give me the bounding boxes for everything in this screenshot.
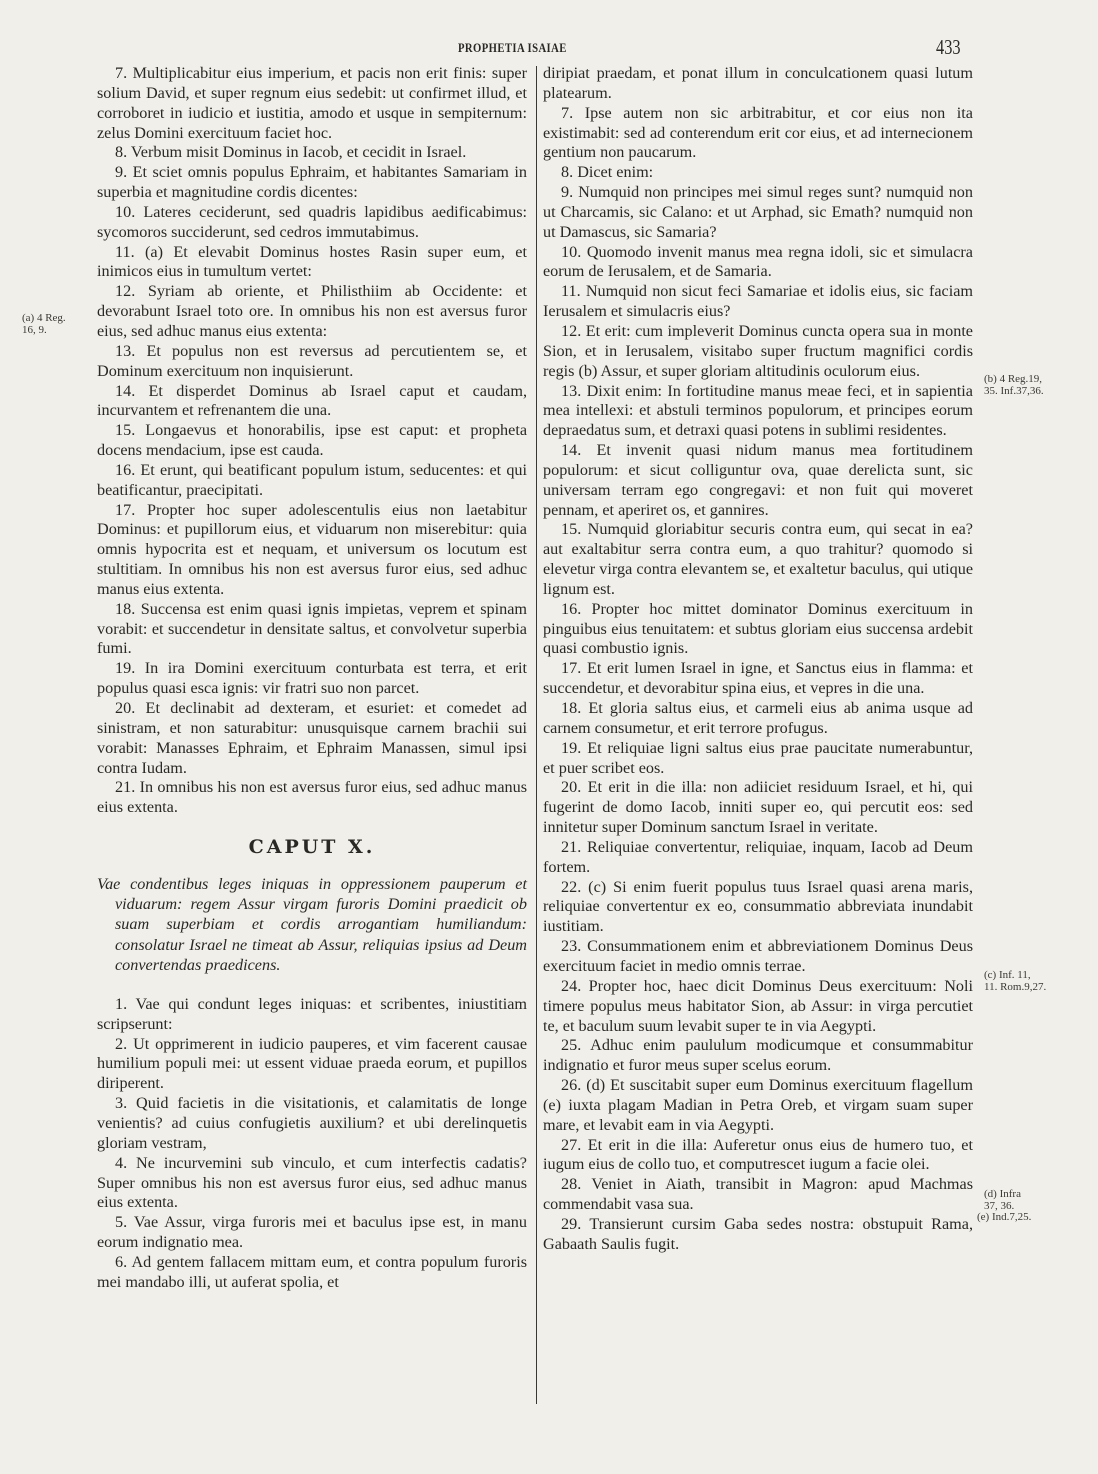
verse-number: 11. [561, 282, 581, 300]
running-head: PROPHETIA ISAIAE 433 [0, 38, 1098, 60]
verse-text: Transierunt cursim Gaba sedes nostra: ob… [543, 1215, 973, 1253]
verse-9-9: 9. Et sciet omnis populus Ephraim, et ha… [97, 163, 527, 203]
verse-number: 17. [115, 501, 135, 519]
verse-number: 7. [561, 104, 573, 122]
verse-number: 18. [561, 699, 581, 717]
verse-text: Verbum misit Dominus in Iacob, et cecidi… [127, 143, 466, 161]
verse-10-12: 12. Et erit: cum impleverit Dominus cunc… [543, 322, 973, 382]
verse-number: 12. [561, 322, 581, 340]
verse-text: Et erit lumen Israel in igne, et Sanctus… [543, 659, 973, 697]
verse-number: 10. [115, 203, 135, 221]
verse-number: 24. [561, 977, 581, 995]
verse-text: Propter hoc, haec dicit Dominus Deus exe… [543, 977, 973, 1035]
verse-text: Numquid non sicut feci Samariae et idoli… [543, 282, 973, 320]
verse-10-9: 9. Numquid non principes mei simul reges… [543, 183, 973, 243]
verse-10-23: 23. Consummationem enim et abbreviatione… [543, 937, 973, 977]
verse-number: 12. [115, 282, 135, 300]
verse-number: 15. [115, 421, 135, 439]
verse-number: 20. [561, 778, 581, 796]
verse-10-1: 1. Vae qui condunt leges iniquas: et scr… [97, 995, 527, 1035]
verse-number: 19. [561, 739, 581, 757]
verse-number: 15. [561, 520, 581, 538]
verse-number: 11. [115, 243, 135, 261]
verse-9-17: 17. Propter hoc super adolescentulis eiu… [97, 501, 527, 600]
verse-9-8: 8. Verbum misit Dominus in Iacob, et cec… [97, 143, 527, 163]
verse-text: Et reliquiae ligni saltus eius prae pauc… [543, 739, 973, 777]
verse-text: Et disperdet Dominus ab Israel caput et … [97, 382, 527, 420]
verse-text: (c) Si enim fuerit populus tuus Israel q… [543, 878, 973, 936]
verse-text: Reliquiae convertentur, reliquiae, inqua… [543, 838, 973, 876]
verse-text: Et erit: cum impleverit Dominus cuncta o… [543, 322, 973, 380]
verse-number: 29. [561, 1215, 581, 1233]
verse-9-11: 11. (a) Et elevabit Dominus hostes Rasin… [97, 243, 527, 283]
verse-text: Syriam ab oriente, et Philisthiim ab Occ… [97, 282, 527, 340]
verse-10-6-continuation: diripiat praedam, et ponat illum in conc… [543, 64, 973, 104]
chapter-summary: Vae condentibus leges iniquas in oppress… [97, 874, 527, 975]
verse-9-21: 21. In omnibus his non est aversus furor… [97, 778, 527, 818]
verse-text: Propter hoc mittet dominator Dominus exe… [543, 600, 973, 658]
margin-note-line: 11. Rom.9,27. [984, 982, 1046, 994]
verse-text: Longaevus et honorabilis, ipse est caput… [97, 421, 527, 459]
verse-9-10: 10. Lateres ceciderunt, sed quadris lapi… [97, 203, 527, 243]
verse-number: 23. [561, 937, 581, 955]
verse-9-13: 13. Et populus non est reversus ad percu… [97, 342, 527, 382]
verse-10-15: 15. Numquid gloriabitur securis contra e… [543, 520, 973, 599]
verse-10-26: 26. (d) Et suscitabit super eum Dominus … [543, 1076, 973, 1136]
page-number: 433 [936, 35, 961, 60]
verse-text: Dixit enim: In fortitudine manus meae fe… [543, 382, 973, 440]
verse-number: 5. [115, 1213, 127, 1231]
verse-text: Dicet enim: [573, 163, 653, 181]
verse-9-20: 20. Et declinabit ad dexteram, et esurie… [97, 699, 527, 778]
verse-9-14: 14. Et disperdet Dominus ab Israel caput… [97, 382, 527, 422]
verse-number: 13. [115, 342, 135, 360]
left-column: 7. Multiplicabitur eius imperium, et pac… [97, 64, 527, 1293]
verse-10-5: 5. Vae Assur, virga furoris mei et bacul… [97, 1213, 527, 1253]
verse-text: Numquid non principes mei simul reges su… [543, 183, 973, 241]
verse-number: 17. [561, 659, 581, 677]
verse-number: 18. [115, 600, 135, 618]
verse-number: 25. [561, 1036, 581, 1054]
verse-10-13: 13. Dixit enim: In fortitudine manus mea… [543, 382, 973, 442]
verse-10-18: 18. Et gloria saltus eius, et carmeli ei… [543, 699, 973, 739]
verse-text: (a) Et elevabit Dominus hostes Rasin sup… [97, 243, 527, 281]
verse-10-22: 22. (c) Si enim fuerit populus tuus Isra… [543, 878, 973, 938]
verse-9-7: 7. Multiplicabitur eius imperium, et pac… [97, 64, 527, 143]
verse-10-2: 2. Ut opprimerent in iudicio pauperes, e… [97, 1035, 527, 1095]
verse-10-24: 24. Propter hoc, haec dicit Dominus Deus… [543, 977, 973, 1037]
verse-number: 22. [561, 878, 581, 896]
verse-10-21: 21. Reliquiae convertentur, reliquiae, i… [543, 838, 973, 878]
verse-number: 28. [561, 1175, 581, 1193]
verse-text: Adhuc enim paululum modicumque et consum… [543, 1036, 973, 1074]
verse-number: 27. [561, 1136, 581, 1154]
verse-text: Succensa est enim quasi ignis impietas, … [97, 600, 527, 658]
verse-10-16: 16. Propter hoc mittet dominator Dominus… [543, 600, 973, 660]
verse-number: 8. [561, 163, 573, 181]
verse-number: 7. [115, 64, 127, 82]
verse-number: 21. [561, 838, 581, 856]
verse-text: Propter hoc super adolescentulis eius no… [97, 501, 527, 598]
verse-text: (d) Et suscitabit super eum Dominus exer… [543, 1076, 973, 1134]
running-title: PROPHETIA ISAIAE [458, 40, 567, 56]
verse-10-10: 10. Quomodo invenit manus mea regna idol… [543, 243, 973, 283]
verse-text: Et gloria saltus eius, et carmeli eius a… [543, 699, 973, 737]
verse-number: 1. [115, 995, 127, 1013]
verse-10-17: 17. Et erit lumen Israel in igne, et San… [543, 659, 973, 699]
verse-text: Vae Assur, virga furoris mei et baculus … [97, 1213, 527, 1251]
margin-note-line: (a) 4 Reg. [22, 313, 66, 325]
book-page: PROPHETIA ISAIAE 433 7. Multiplicabitur … [0, 0, 1098, 1474]
verse-text: Et erit in die illa: non adiiciet residu… [543, 778, 973, 836]
verse-number: 9. [115, 163, 127, 181]
verse-10-25: 25. Adhuc enim paululum modicumque et co… [543, 1036, 973, 1076]
verse-text: In ira Domini exercituum conturbata est … [97, 659, 527, 697]
verse-text: Ad gentem fallacem mittam eum, et contra… [97, 1253, 527, 1291]
margin-note-line: 35. Inf.37,36. [984, 386, 1044, 398]
right-column: diripiat praedam, et ponat illum in conc… [543, 64, 973, 1255]
verse-number: 10. [561, 243, 581, 261]
verse-number: 20. [115, 699, 135, 717]
verse-number: 19. [115, 659, 135, 677]
margin-note-line: 16, 9. [22, 325, 66, 337]
verse-9-12: 12. Syriam ab oriente, et Philisthiim ab… [97, 282, 527, 342]
column-divider [536, 66, 537, 1404]
verse-text: Lateres ceciderunt, sed quadris lapidibu… [97, 203, 527, 241]
verse-number: 14. [561, 441, 581, 459]
verse-text: Et erit in die illa: Auferetur onus eius… [543, 1136, 973, 1174]
verse-number: 14. [115, 382, 135, 400]
verse-10-20: 20. Et erit in die illa: non adiiciet re… [543, 778, 973, 838]
verse-text: In omnibus his non est aversus furor eiu… [97, 778, 527, 816]
verse-text: Et erunt, qui beatificant populum istum,… [97, 461, 527, 499]
verse-text: Ut opprimerent in iudicio pauperes, et v… [97, 1035, 527, 1093]
margin-note-line: (c) Inf. 11, [984, 970, 1046, 982]
margin-note-e: (e) Ind.7,25. [977, 1212, 1031, 1224]
verse-number: 21. [115, 778, 135, 796]
verse-number: 4. [115, 1154, 127, 1172]
verse-10-28: 28. Veniet in Aiath, transibit in Magron… [543, 1175, 973, 1215]
verse-10-3: 3. Quid facietis in die visitationis, et… [97, 1094, 527, 1154]
verse-text: Quomodo invenit manus mea regna idoli, s… [543, 243, 973, 281]
chapter-heading: CAPUT X. [97, 838, 527, 858]
verse-9-18: 18. Succensa est enim quasi ignis impiet… [97, 600, 527, 660]
verse-number: 16. [561, 600, 581, 618]
verse-number: 2. [115, 1035, 127, 1053]
verse-10-6: 6. Ad gentem fallacem mittam eum, et con… [97, 1253, 527, 1293]
verse-10-8: 8. Dicet enim: [543, 163, 973, 183]
verse-10-14: 14. Et invenit quasi nidum manus mea for… [543, 441, 973, 520]
verse-number: 3. [115, 1094, 127, 1112]
verse-10-4: 4. Ne incurvemini sub vinculo, et cum in… [97, 1154, 527, 1214]
verse-10-29: 29. Transierunt cursim Gaba sedes nostra… [543, 1215, 973, 1255]
verse-number: 16. [115, 461, 135, 479]
verse-text: Consummationem enim et abbreviationem Do… [543, 937, 973, 975]
verse-number: 6. [115, 1253, 127, 1271]
verse-text: Quid facietis in die visitationis, et ca… [97, 1094, 527, 1152]
verse-number: 9. [561, 183, 573, 201]
verse-9-19: 19. In ira Domini exercituum conturbata … [97, 659, 527, 699]
verse-10-11: 11. Numquid non sicut feci Samariae et i… [543, 282, 973, 322]
verse-number: 13. [561, 382, 581, 400]
verse-text: Ne incurvemini sub vinculo, et cum inter… [97, 1154, 527, 1212]
verse-text: Et invenit quasi nidum manus mea fortitu… [543, 441, 973, 519]
verse-text: Veniet in Aiath, transibit in Magron: ap… [543, 1175, 973, 1213]
verse-10-7: 7. Ipse autem non sic arbitrabitur, et c… [543, 104, 973, 164]
verse-number: 26. [561, 1076, 581, 1094]
margin-note-line: (d) Infra [984, 1189, 1021, 1201]
verse-number: 8. [115, 143, 127, 161]
verse-text: Ipse autem non sic arbitrabitur, et cor … [543, 104, 973, 162]
verse-9-15: 15. Longaevus et honorabilis, ipse est c… [97, 421, 527, 461]
margin-note-line: (b) 4 Reg.19, [984, 374, 1044, 386]
verse-text: Et populus non est reversus ad percutien… [97, 342, 527, 380]
margin-note-b: (b) 4 Reg.19, 35. Inf.37,36. [984, 374, 1044, 397]
verse-text: Et sciet omnis populus Ephraim, et habit… [97, 163, 527, 201]
verse-text: Et declinabit ad dexteram, et esuriet: e… [97, 699, 527, 777]
verse-9-16: 16. Et erunt, qui beatificant populum is… [97, 461, 527, 501]
margin-note-a: (a) 4 Reg. 16, 9. [22, 313, 66, 336]
verse-text: Numquid gloriabitur securis contra eum, … [543, 520, 973, 598]
verse-10-27: 27. Et erit in die illa: Auferetur onus … [543, 1136, 973, 1176]
margin-note-line: (e) Ind.7,25. [977, 1212, 1031, 1224]
margin-note-c: (c) Inf. 11, 11. Rom.9,27. [984, 970, 1046, 993]
verse-10-19: 19. Et reliquiae ligni saltus eius prae … [543, 739, 973, 779]
verse-text: Vae qui condunt leges iniquas: et scribe… [97, 995, 527, 1033]
margin-note-d: (d) Infra 37, 36. [984, 1189, 1021, 1212]
verse-text: Multiplicabitur eius imperium, et pacis … [97, 64, 527, 142]
